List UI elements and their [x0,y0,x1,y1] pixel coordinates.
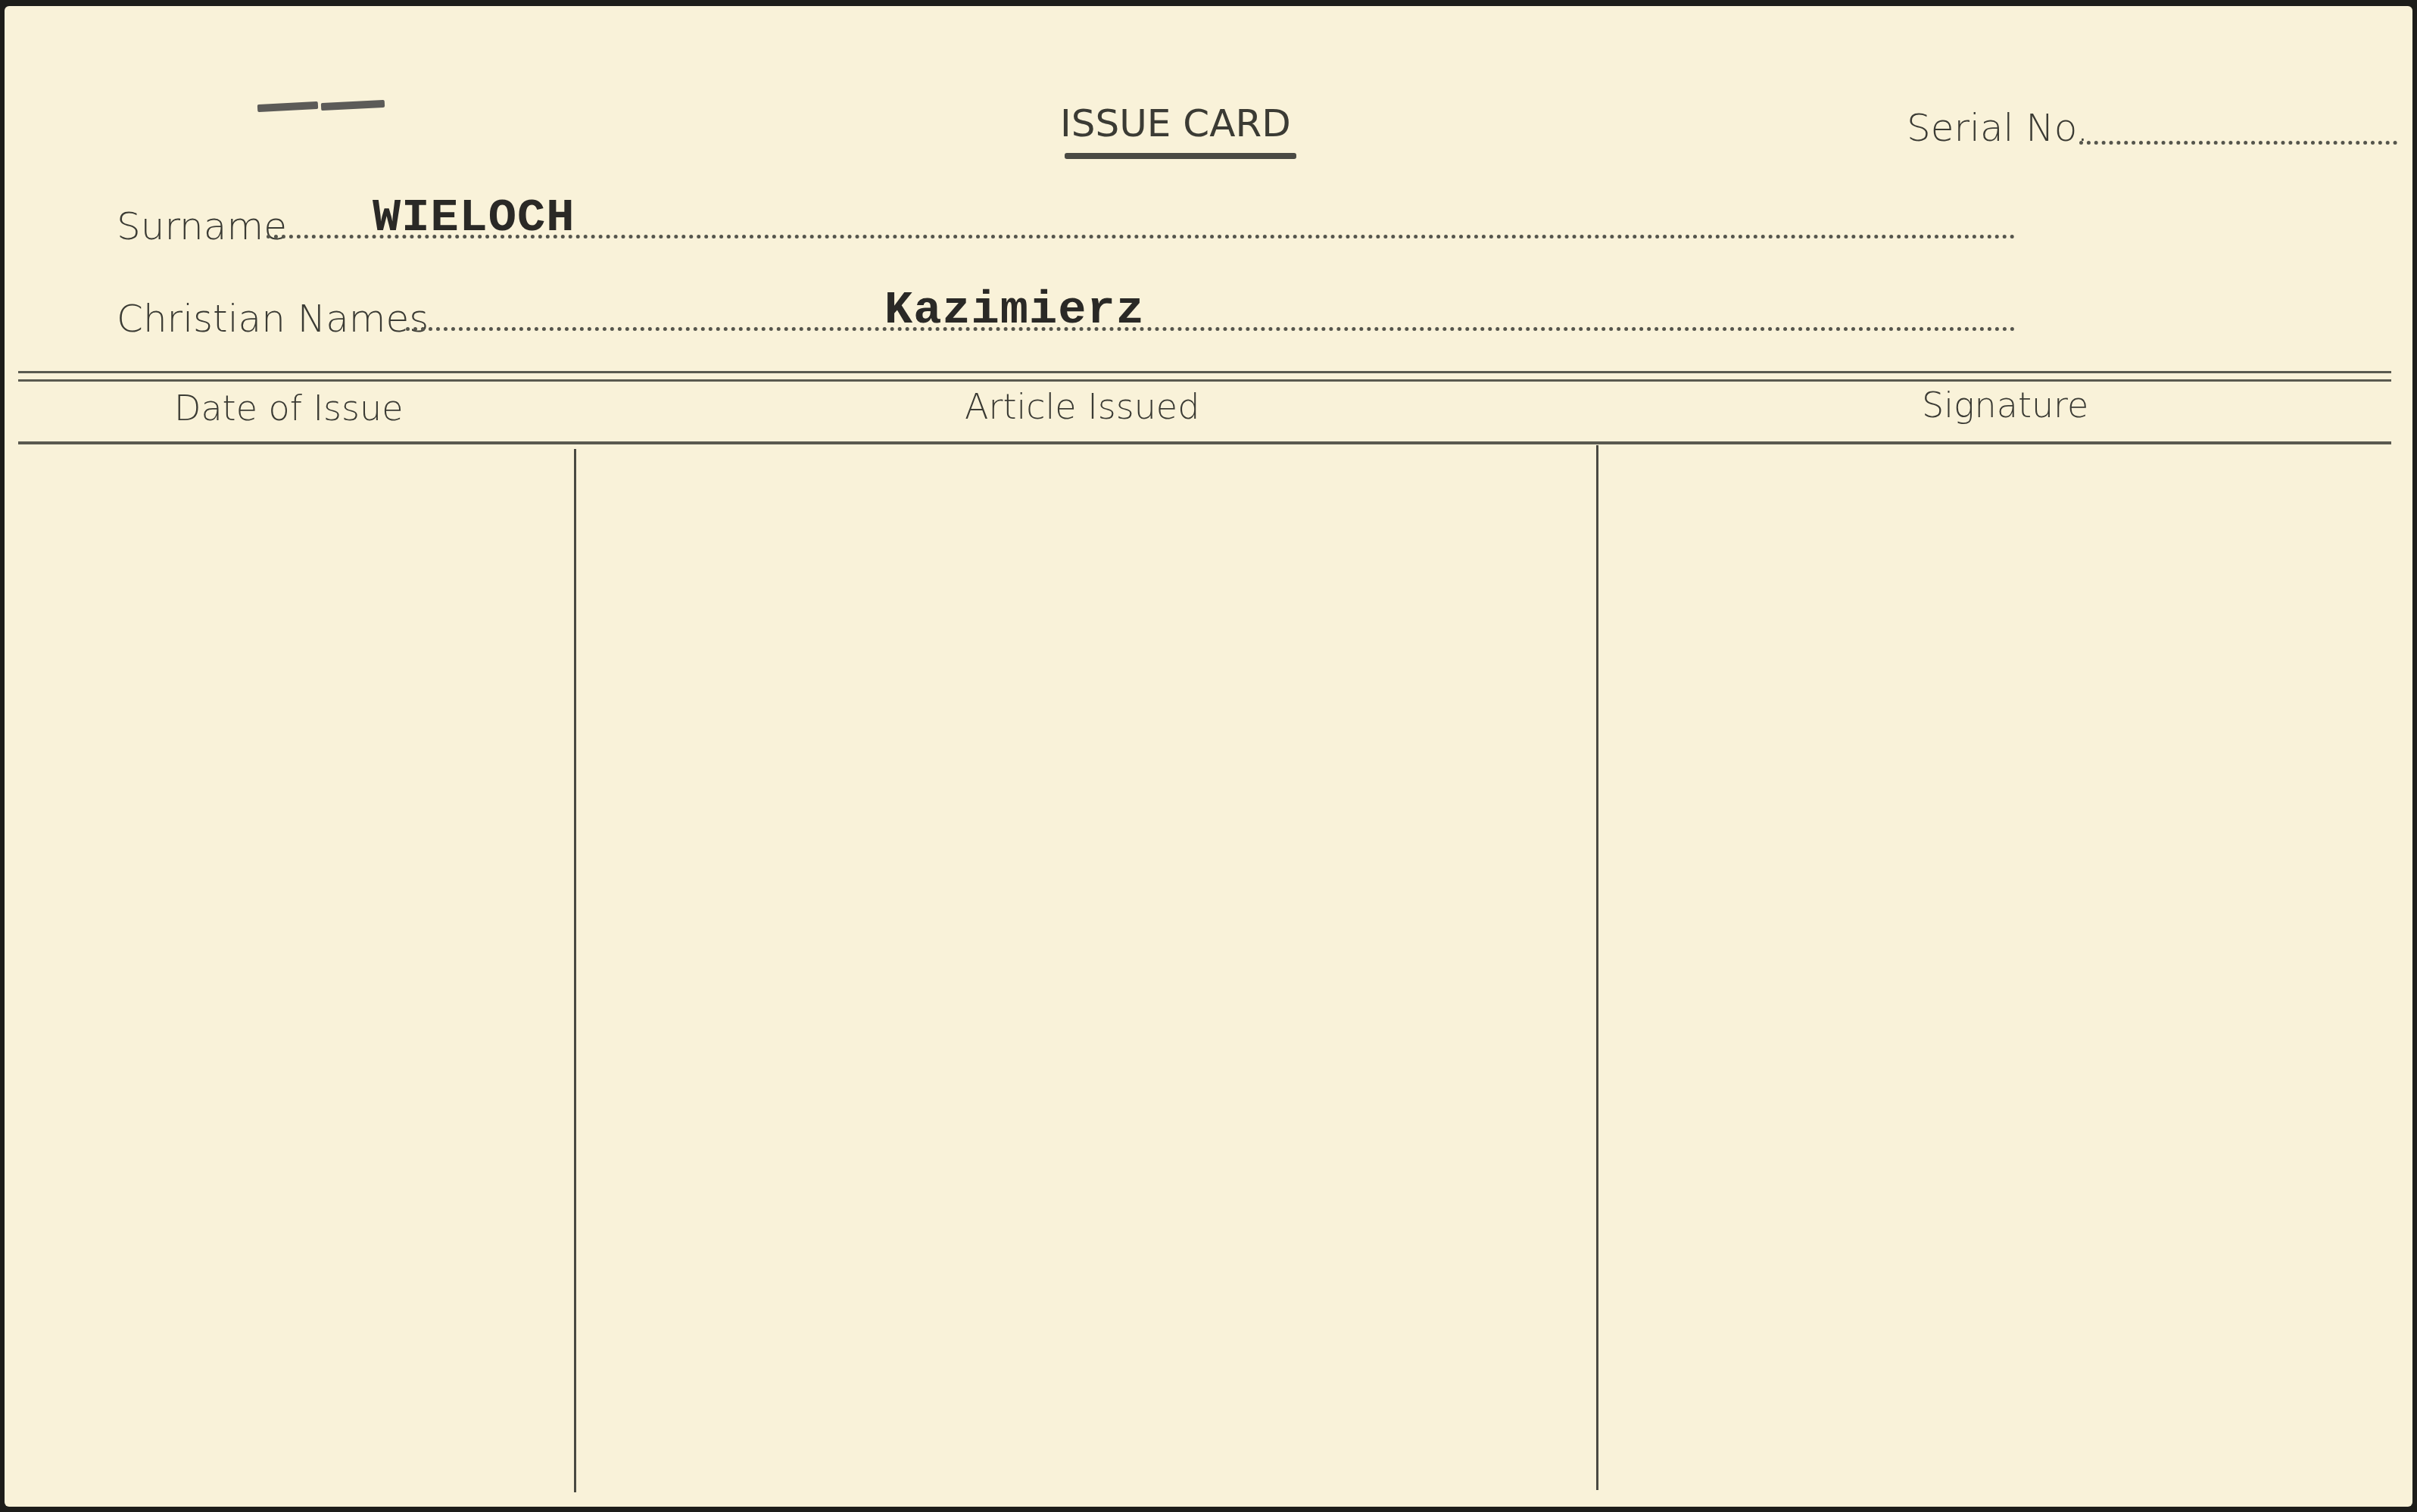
christian-names-dotted-line [406,327,2016,331]
date-of-issue-column [20,453,571,1490]
header-rule-bottom [18,441,2391,444]
column-header-signature: Signature [1922,385,2088,426]
column-divider-2 [1596,445,1598,1490]
staple-mark-left [257,101,318,112]
card-title: ISSUE CARD [1060,101,1291,145]
christian-names-value: Kazimierz [884,283,1145,337]
column-header-date-of-issue: Date of Issue [174,388,403,429]
header-rule-second [18,379,2391,382]
header-rule-top [18,371,2391,373]
signature-column [1601,453,2391,1490]
column-divider-1 [574,449,576,1492]
issue-card: ISSUE CARD Serial No. Surname WIELOCH Ch… [5,6,2412,1507]
staple-mark-right [321,100,385,111]
surname-label: Surname [117,204,287,248]
serial-dotted-line [2079,141,2397,145]
title-underline [1065,153,1296,159]
column-header-article-issued: Article Issued [965,386,1199,427]
serial-label: Serial No. [1907,106,2088,150]
surname-value: WIELOCH [373,191,575,245]
article-issued-column [579,453,1593,1490]
christian-names-label: Christian Names [117,297,429,341]
